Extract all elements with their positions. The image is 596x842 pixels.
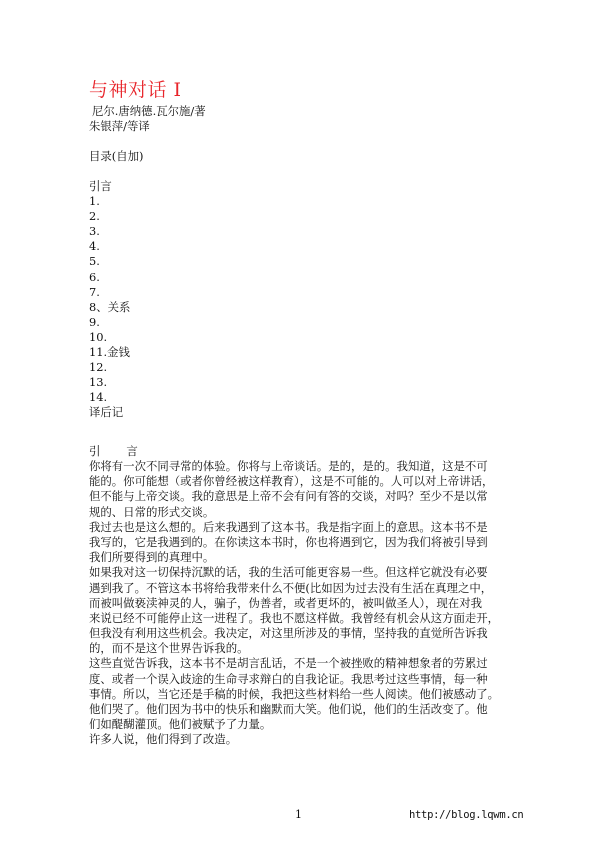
- section-heading: 引言: [89, 444, 138, 459]
- body-line: 许多人说，他们得到了改造。: [89, 732, 529, 747]
- section-body: 你将有一次不同寻常的体验。你将与上帝谈话。是的，是的。我知道，这是不可 能的。你…: [89, 459, 529, 748]
- body-line: 我们所要得到的真理中。: [89, 550, 529, 565]
- toc-item: 译后记: [89, 405, 130, 420]
- toc-item: 8、关系: [89, 300, 130, 315]
- table-of-contents: 引言 1. 2. 3. 4. 5. 6. 7. 8、关系 9. 10. 11.金…: [89, 179, 130, 421]
- toc-heading: 目录(自加): [89, 149, 143, 164]
- document-title: 与神对话 I: [89, 79, 182, 101]
- body-line: 如果我对这一切保持沉默的话，我的生活可能更容易一些。但这样它就没有必要: [89, 565, 529, 580]
- document-page: 与神对话 I 尼尔.唐纳德.瓦尔施/著 朱银萍/等译 目录(自加) 引言 1. …: [0, 0, 596, 842]
- toc-item: 引言: [89, 179, 130, 194]
- body-line: 能的。你可能想（或者你曾经被这样教育），这是不可能的。人可以对上帝讲话，: [89, 474, 529, 489]
- toc-item: 13.: [89, 375, 130, 390]
- toc-item: 14.: [89, 390, 130, 405]
- body-line: 遇到我了。不管这本书将给我带来什么不便(比如因为过去没有生活在真理之中，: [89, 581, 529, 596]
- toc-item: 3.: [89, 224, 130, 239]
- body-line: 而被叫做亵渎神灵的人，骗子，伪善者，或者更坏的，被叫做圣人），现在对我: [89, 596, 529, 611]
- body-line: 但不能与上帝交谈。我的意思是上帝不会有问有答的交谈，对吗？至少不是以常: [89, 489, 529, 504]
- toc-item: 11.金钱: [89, 345, 130, 360]
- body-line: 来说已经不可能停止这一进程了。我也不愿这样做。我曾经有机会从这方面走开，: [89, 611, 529, 626]
- body-line: 但我没有利用这些机会。我决定，对这里所涉及的事情，坚持我的直觉所告诉我: [89, 626, 529, 641]
- toc-item: 9.: [89, 315, 130, 330]
- body-line: 度、或者一个误入歧途的生命寻求辩白的自我论证。我思考过这些事情，每一种: [89, 672, 529, 687]
- section-heading-char-1: 引: [89, 444, 100, 458]
- toc-item: 12.: [89, 360, 130, 375]
- toc-item: 1.: [89, 194, 130, 209]
- body-line: 他们哭了。他们因为书中的快乐和幽默而大笑。他们说，他们的生活改变了。他: [89, 702, 529, 717]
- toc-item: 7.: [89, 285, 130, 300]
- toc-item: 10.: [89, 330, 130, 345]
- section-heading-char-2: 言: [126, 444, 137, 458]
- translator-line: 朱银萍/等译: [89, 119, 150, 134]
- toc-item: 6.: [89, 270, 130, 285]
- body-line: 们如醍醐灌顶。他们被赋予了力量。: [89, 717, 529, 732]
- footer-url-link[interactable]: http://blog.lqwm.cn: [409, 808, 523, 822]
- body-line: 规的、日常的形式交谈。: [89, 505, 529, 520]
- body-line: 这些直觉告诉我，这本书不是胡言乱话，不是一个被挫败的精神想象者的劳累过: [89, 656, 529, 671]
- body-line: 我过去也是这么想的。后来我遇到了这本书。我是指字面上的意思。这本书不是: [89, 520, 529, 535]
- body-line: 的，而不是这个世界告诉我的。: [89, 641, 529, 656]
- body-line: 事情。所以，当它还是手稿的时候，我把这些材料给一些人阅读。他们被感动了。: [89, 687, 529, 702]
- toc-item: 4.: [89, 239, 130, 254]
- toc-item: 2.: [89, 209, 130, 224]
- toc-item: 5.: [89, 254, 130, 269]
- page-number: 1: [295, 808, 302, 822]
- author-line: 尼尔.唐纳德.瓦尔施/著: [92, 104, 206, 119]
- body-line: 你将有一次不同寻常的体验。你将与上帝谈话。是的，是的。我知道，这是不可: [89, 459, 529, 474]
- body-line: 我写的，它是我遇到的。在你读这本书时，你也将遇到它，因为我们将被引导到: [89, 535, 529, 550]
